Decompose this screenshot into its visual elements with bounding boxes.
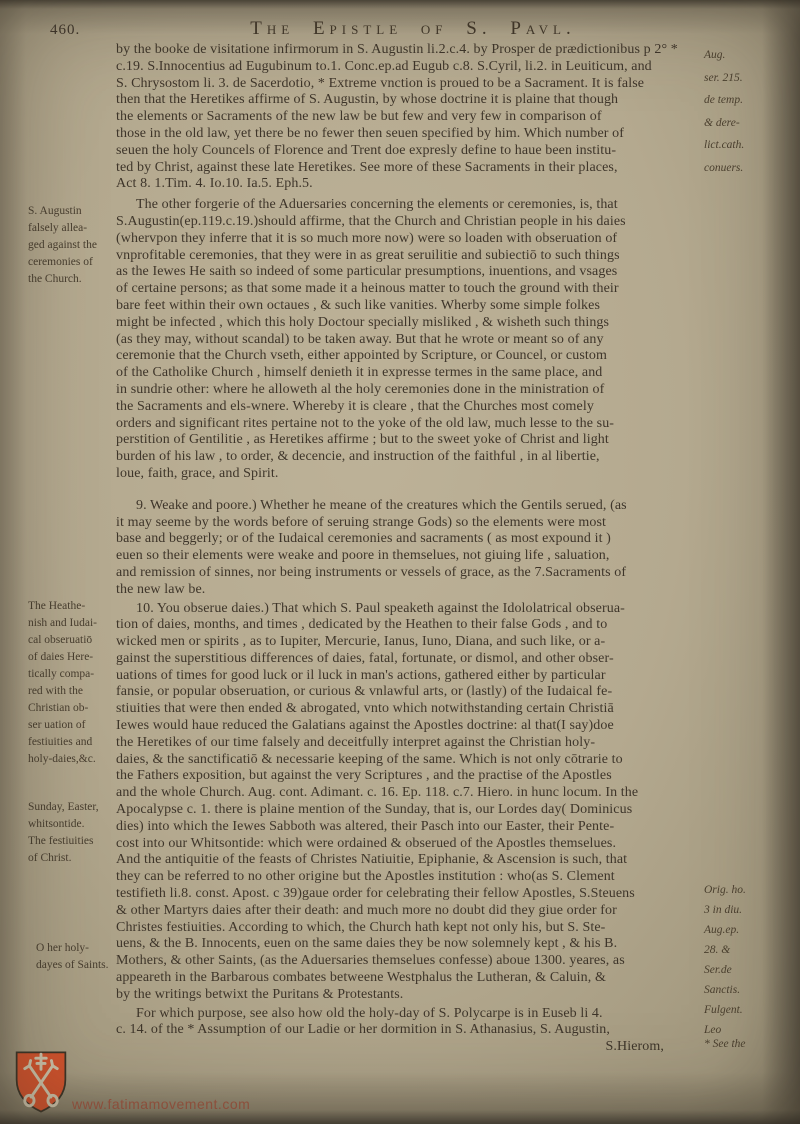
- crossed-keys-shield-icon: [12, 1048, 70, 1116]
- paragraph: The other forgerie of the Aduersaries co…: [116, 197, 712, 483]
- page-title: The Epistle of S. Pavl.: [116, 18, 710, 40]
- scanned-page: 460. The Epistle of S. Pavl. by the book…: [0, 0, 800, 1124]
- watermark-url: www.fatimamovement.com: [72, 1096, 250, 1112]
- paragraph: 10. You obserue daies.) That which S. Pa…: [116, 601, 712, 1004]
- page-number: 460.: [50, 22, 80, 39]
- main-text-column: by the booke de visitatione infirmorum i…: [116, 42, 712, 1056]
- paragraph: 9. Weake and poore.) Whether he meane of…: [116, 498, 712, 599]
- left-margin-note-sunday-easter: Sunday, Easter, whitsontide. The festiui…: [28, 799, 122, 867]
- closing-signature: S.Hierom,: [116, 1039, 712, 1056]
- right-margin-citation-aug-ser: Aug. ser. 215. de temp. & dere- lict.cat…: [704, 44, 798, 179]
- left-margin-note-heathenish-observation: The Heathe- nish and Iudai- cal obseruat…: [28, 598, 122, 768]
- right-margin-citation-see-the: * See the: [704, 1036, 798, 1053]
- left-margin-note-augustin: S. Augustin falsely allea- ged against t…: [28, 203, 122, 288]
- right-margin-citation-orig-fulgent: Orig. ho. 3 in diu. Aug.ep. 28. & Ser.de…: [704, 880, 798, 1040]
- paragraph: by the booke de visitatione infirmorum i…: [116, 42, 712, 193]
- paragraph: For which purpose, see also how old the …: [116, 1006, 712, 1040]
- left-margin-note-holydays-of-saints: O her holy- dayes of Saints.: [28, 940, 130, 974]
